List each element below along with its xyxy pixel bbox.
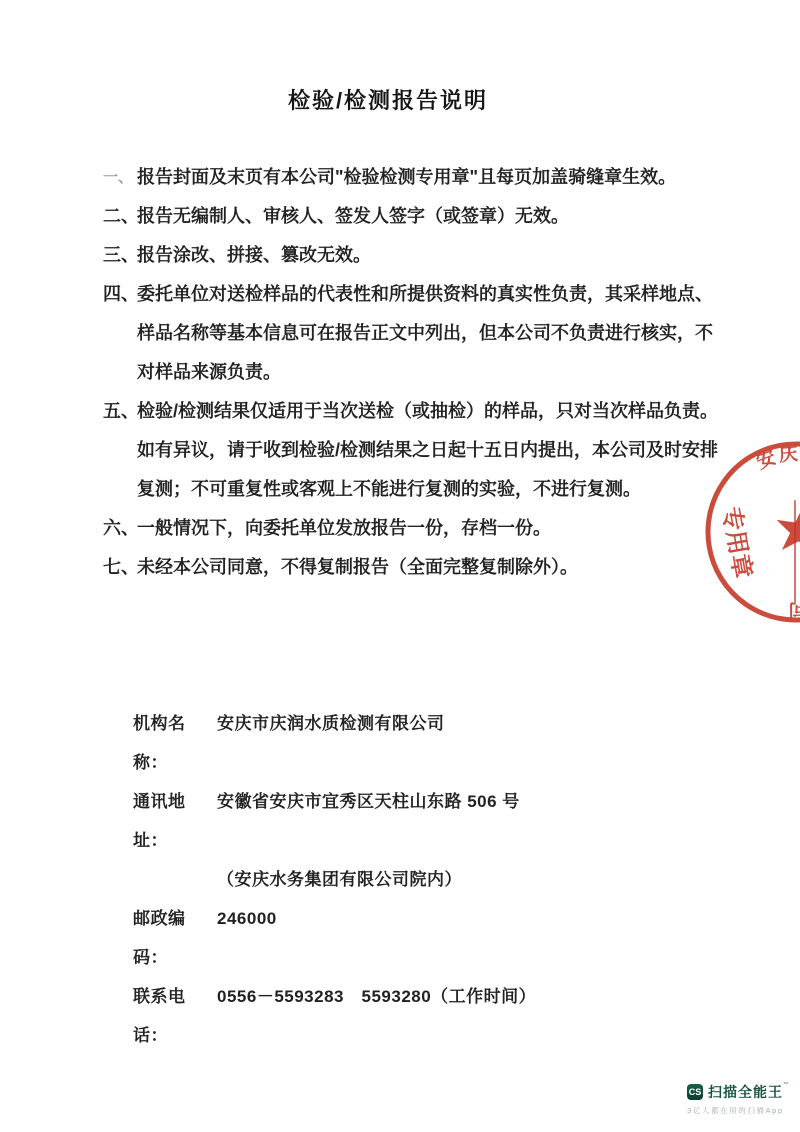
- note-item-1: 一、 报告封面及末页有本公司"检验检测专用章"且每页加盖骑缝章生效。: [103, 158, 723, 197]
- contact-label: 联系电话：: [133, 977, 217, 1055]
- note-item-7: 七、 未经本公司同意，不得复制报告（全面完整复制除外）。: [103, 548, 723, 587]
- watermark-app-name: 扫描全能王™: [708, 1082, 790, 1102]
- note-marker: 四、: [103, 275, 139, 314]
- contact-row-address-cont: （安庆水务集团有限公司院内）: [133, 860, 536, 899]
- contact-row-phone: 联系电话： 0556－5593283 5593280（工作时间）: [133, 977, 536, 1055]
- contact-row-postcode: 邮政编码： 246000: [133, 899, 536, 977]
- camscanner-logo-icon: CS: [687, 1084, 703, 1100]
- page-title: 检验/检测报告说明: [0, 84, 776, 115]
- note-text: 报告封面及末页有本公司"检验检测专用章"且每页加盖骑缝章生效。: [137, 158, 723, 197]
- contact-label: [133, 860, 217, 899]
- seal-edge-ink-line: [794, 500, 796, 604]
- note-text: 报告涂改、拼接、篡改无效。: [137, 236, 723, 275]
- note-marker: 七、: [103, 548, 139, 587]
- note-text: 一般情况下，向委托单位发放报告一份，存档一份。: [137, 509, 723, 548]
- note-item-5: 五、 检验/检测结果仅适用于当次送检（或抽检）的样品，只对当次样品负责。 如有异…: [103, 392, 723, 509]
- note-marker: 六、: [103, 509, 139, 548]
- note-text: 复测；不可重复性或客观上不能进行复测的实验，不进行复测。: [137, 470, 723, 509]
- note-marker: 一、: [103, 158, 133, 197]
- contact-value: 安庆市庆润水质检测有限公司: [217, 704, 445, 782]
- contact-label: 机构名称：: [133, 704, 217, 782]
- contact-value: 0556－5593283 5593280（工作时间）: [217, 977, 536, 1055]
- note-text: 样品名称等基本信息可在报告正文中列出，但本公司不负责进行核实，不: [137, 314, 723, 353]
- seal-arc-text: 安庆市庆润水质检测有限公司: [752, 432, 800, 625]
- contact-row-address: 通讯地址： 安徽省安庆市宜秀区天柱山东路 506 号: [133, 782, 536, 860]
- scanned-document-page: 检验/检测报告说明 一、 报告封面及末页有本公司"检验检测专用章"且每页加盖骑缝…: [0, 0, 800, 1132]
- note-marker: 五、: [103, 392, 139, 431]
- note-item-4: 四、 委托单位对送检样品的代表性和所提供资料的真实性负责，其采样地点、 样品名称…: [103, 275, 723, 392]
- note-marker: 二、: [103, 197, 139, 236]
- watermark-tagline: 3亿人都在用的扫描App: [687, 1105, 797, 1116]
- seal-star-icon: [775, 502, 800, 559]
- contact-value: 安徽省安庆市宜秀区天柱山东路 506 号: [217, 782, 520, 860]
- contact-row-org-name: 机构名称： 安庆市庆润水质检测有限公司: [133, 704, 536, 782]
- note-text: 委托单位对送检样品的代表性和所提供资料的真实性负责，其采样地点、: [137, 275, 723, 314]
- note-item-2: 二、 报告无编制人、审核人、签发人签字（或签章）无效。: [103, 197, 723, 236]
- svg-text:安庆市庆润水质检测有限公司: 安庆市庆润水质检测有限公司: [752, 432, 800, 625]
- note-text: 未经本公司同意，不得复制报告（全面完整复制除外）。: [137, 548, 723, 587]
- trademark-icon: ™: [783, 1082, 790, 1088]
- note-text: 对样品来源负责。: [137, 353, 723, 392]
- note-text: 报告无编制人、审核人、签发人签字（或签章）无效。: [137, 197, 723, 236]
- contact-value: （安庆水务集团有限公司院内）: [217, 860, 462, 899]
- camscanner-watermark: CS 扫描全能王™ 3亿人都在用的扫描App: [687, 1082, 797, 1116]
- contact-value: 246000: [217, 899, 277, 977]
- note-item-3: 三、 报告涂改、拼接、篡改无效。: [103, 236, 723, 275]
- note-item-6: 六、 一般情况下，向委托单位发放报告一份，存档一份。: [103, 509, 723, 548]
- notes-list: 一、 报告封面及末页有本公司"检验检测专用章"且每页加盖骑缝章生效。 二、 报告…: [103, 158, 723, 587]
- note-marker: 三、: [103, 236, 139, 275]
- note-text: 检验/检测结果仅适用于当次送检（或抽检）的样品，只对当次样品负责。: [137, 392, 723, 431]
- contact-label: 通讯地址：: [133, 782, 217, 860]
- contact-label: 邮政编码：: [133, 899, 217, 977]
- note-text: 如有异议，请于收到检验/检测结果之日起十五日内提出，本公司及时安排: [137, 431, 723, 470]
- contact-info-block: 机构名称： 安庆市庆润水质检测有限公司 通讯地址： 安徽省安庆市宜秀区天柱山东路…: [133, 704, 536, 1055]
